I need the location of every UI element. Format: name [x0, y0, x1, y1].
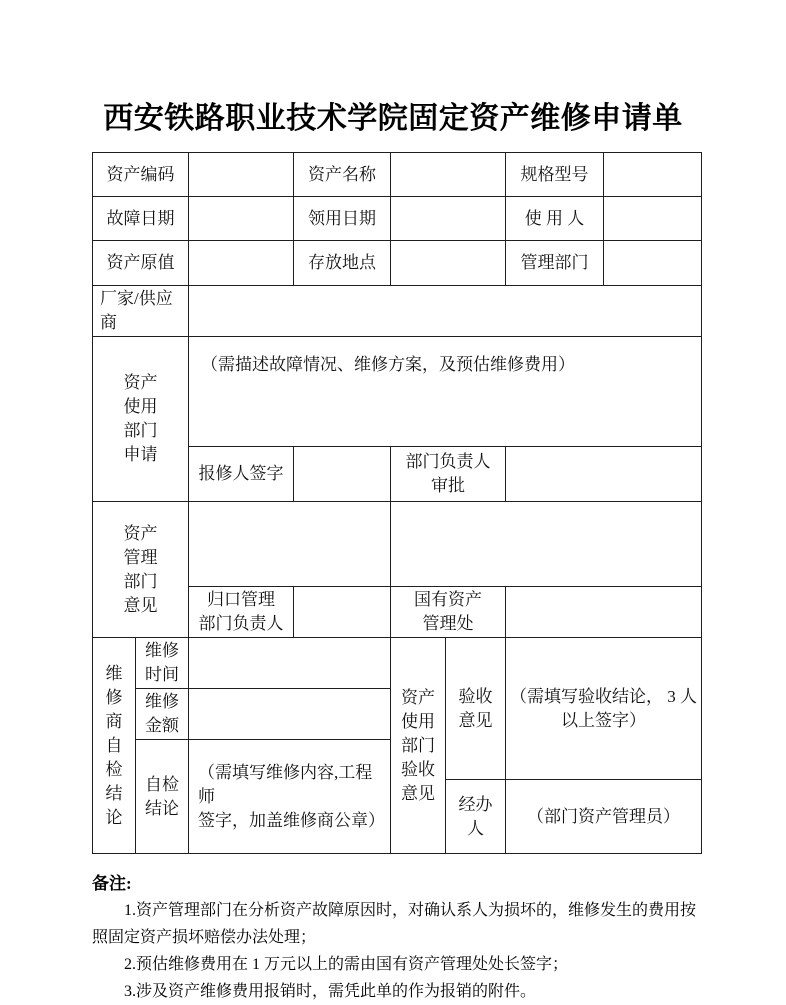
- vendor-row-time: 维 修 商 自 检 结 论 维修 时间 资产 使用 部门 验收 意见 验收 意见…: [93, 638, 702, 689]
- note-item: 1.资产管理部门在分析资产故障原因时，对确认系人为损坏的，维修发生的费用按照固定…: [92, 897, 710, 951]
- spec-model-label: 规格型号: [506, 153, 604, 197]
- storage-location-value: [391, 241, 506, 286]
- document-page: 西安铁路职业技术学院固定资产维修申请单 资产编码 资产名称 规格型号 故障日期 …: [0, 0, 786, 1005]
- asset-name-label: 资产名称: [294, 153, 391, 197]
- notes-heading: 备注:: [92, 870, 710, 897]
- handler-label: 经办 人: [446, 780, 506, 854]
- fault-date-value: [189, 197, 294, 241]
- repair-time-label: 维修 时间: [136, 638, 189, 689]
- original-value-label: 资产原值: [93, 241, 189, 286]
- centralized-manager-label: 归口管理 部门负责人: [189, 587, 294, 638]
- supplier-label: 厂家/供应商: [93, 286, 189, 337]
- reporter-sign-value: [294, 447, 391, 502]
- mgmt-opinion-right-cell: [391, 502, 702, 587]
- receive-date-value: [391, 197, 506, 241]
- asset-code-label: 资产编码: [93, 153, 189, 197]
- info-row-1: 资产编码 资产名称 规格型号: [93, 153, 702, 197]
- management-dept-value: [604, 241, 702, 286]
- user-label: 使 用 人: [506, 197, 604, 241]
- page-title: 西安铁路职业技术学院固定资产维修申请单: [0, 0, 786, 140]
- user-value: [604, 197, 702, 241]
- original-value-value: [189, 241, 294, 286]
- supplier-value: [189, 286, 702, 337]
- asset-code-value: [189, 153, 294, 197]
- self-check-conclusion-hint: （需填写维修内容,工程师 签字，加盖维修商公章）: [189, 740, 391, 854]
- mgmt-opinion-left-cell: [189, 502, 391, 587]
- usage-dept-section-label: 资产 使用 部门 申请: [93, 337, 189, 502]
- repair-amount-value: [189, 689, 391, 740]
- spec-model-value: [604, 153, 702, 197]
- acceptance-opinion-label: 验收 意见: [446, 638, 506, 780]
- handler-hint: （部门资产管理员）: [506, 780, 702, 854]
- notes: 备注: 1.资产管理部门在分析资产故障原因时，对确认系人为损坏的，维修发生的费用…: [92, 870, 710, 1005]
- centralized-manager-value: [294, 587, 391, 638]
- fault-date-label: 故障日期: [93, 197, 189, 241]
- repair-time-value: [189, 638, 391, 689]
- acceptance-opinion-hint: （需填写验收结论， 3 人 以上签字）: [506, 638, 702, 780]
- repair-description-cell: （需描述故障情况、维修方案，及预估维修费用）: [189, 337, 702, 447]
- state-asset-office-label: 国有资产 管理处: [391, 587, 506, 638]
- usage-dept-row-description: 资产 使用 部门 申请 （需描述故障情况、维修方案，及预估维修费用）: [93, 337, 702, 447]
- mgmt-dept-section-label: 资产 管理 部门 意见: [93, 502, 189, 638]
- receive-date-label: 领用日期: [294, 197, 391, 241]
- mgmt-dept-row-opinion: 资产 管理 部门 意见: [93, 502, 702, 587]
- info-row-3: 资产原值 存放地点 管理部门: [93, 241, 702, 286]
- dept-head-approval-value: [506, 447, 702, 502]
- note-item: 2.预估维修费用在 1 万元以上的需由国有资产管理处处长签字；: [92, 951, 710, 978]
- info-row-2: 故障日期 领用日期 使 用 人: [93, 197, 702, 241]
- acceptance-section-label: 资产 使用 部门 验收 意见: [391, 638, 446, 854]
- note-item: 3.涉及资产维修费用报销时，需凭此单的作为报销的附件。: [92, 978, 710, 1005]
- repair-amount-label: 维修 金额: [136, 689, 189, 740]
- asset-name-value: [391, 153, 506, 197]
- dept-head-approval-label: 部门负责人 审批: [391, 447, 506, 502]
- supplier-row: 厂家/供应商: [93, 286, 702, 337]
- reporter-sign-label: 报修人签字: [189, 447, 294, 502]
- self-check-conclusion-label: 自检 结论: [136, 740, 189, 854]
- state-asset-office-value: [506, 587, 702, 638]
- vendor-check-section-label: 维 修 商 自 检 结 论: [93, 638, 136, 854]
- management-dept-label: 管理部门: [506, 241, 604, 286]
- storage-location-label: 存放地点: [294, 241, 391, 286]
- form-table: 资产编码 资产名称 规格型号 故障日期 领用日期 使 用 人 资产原值 存放地点…: [92, 152, 702, 854]
